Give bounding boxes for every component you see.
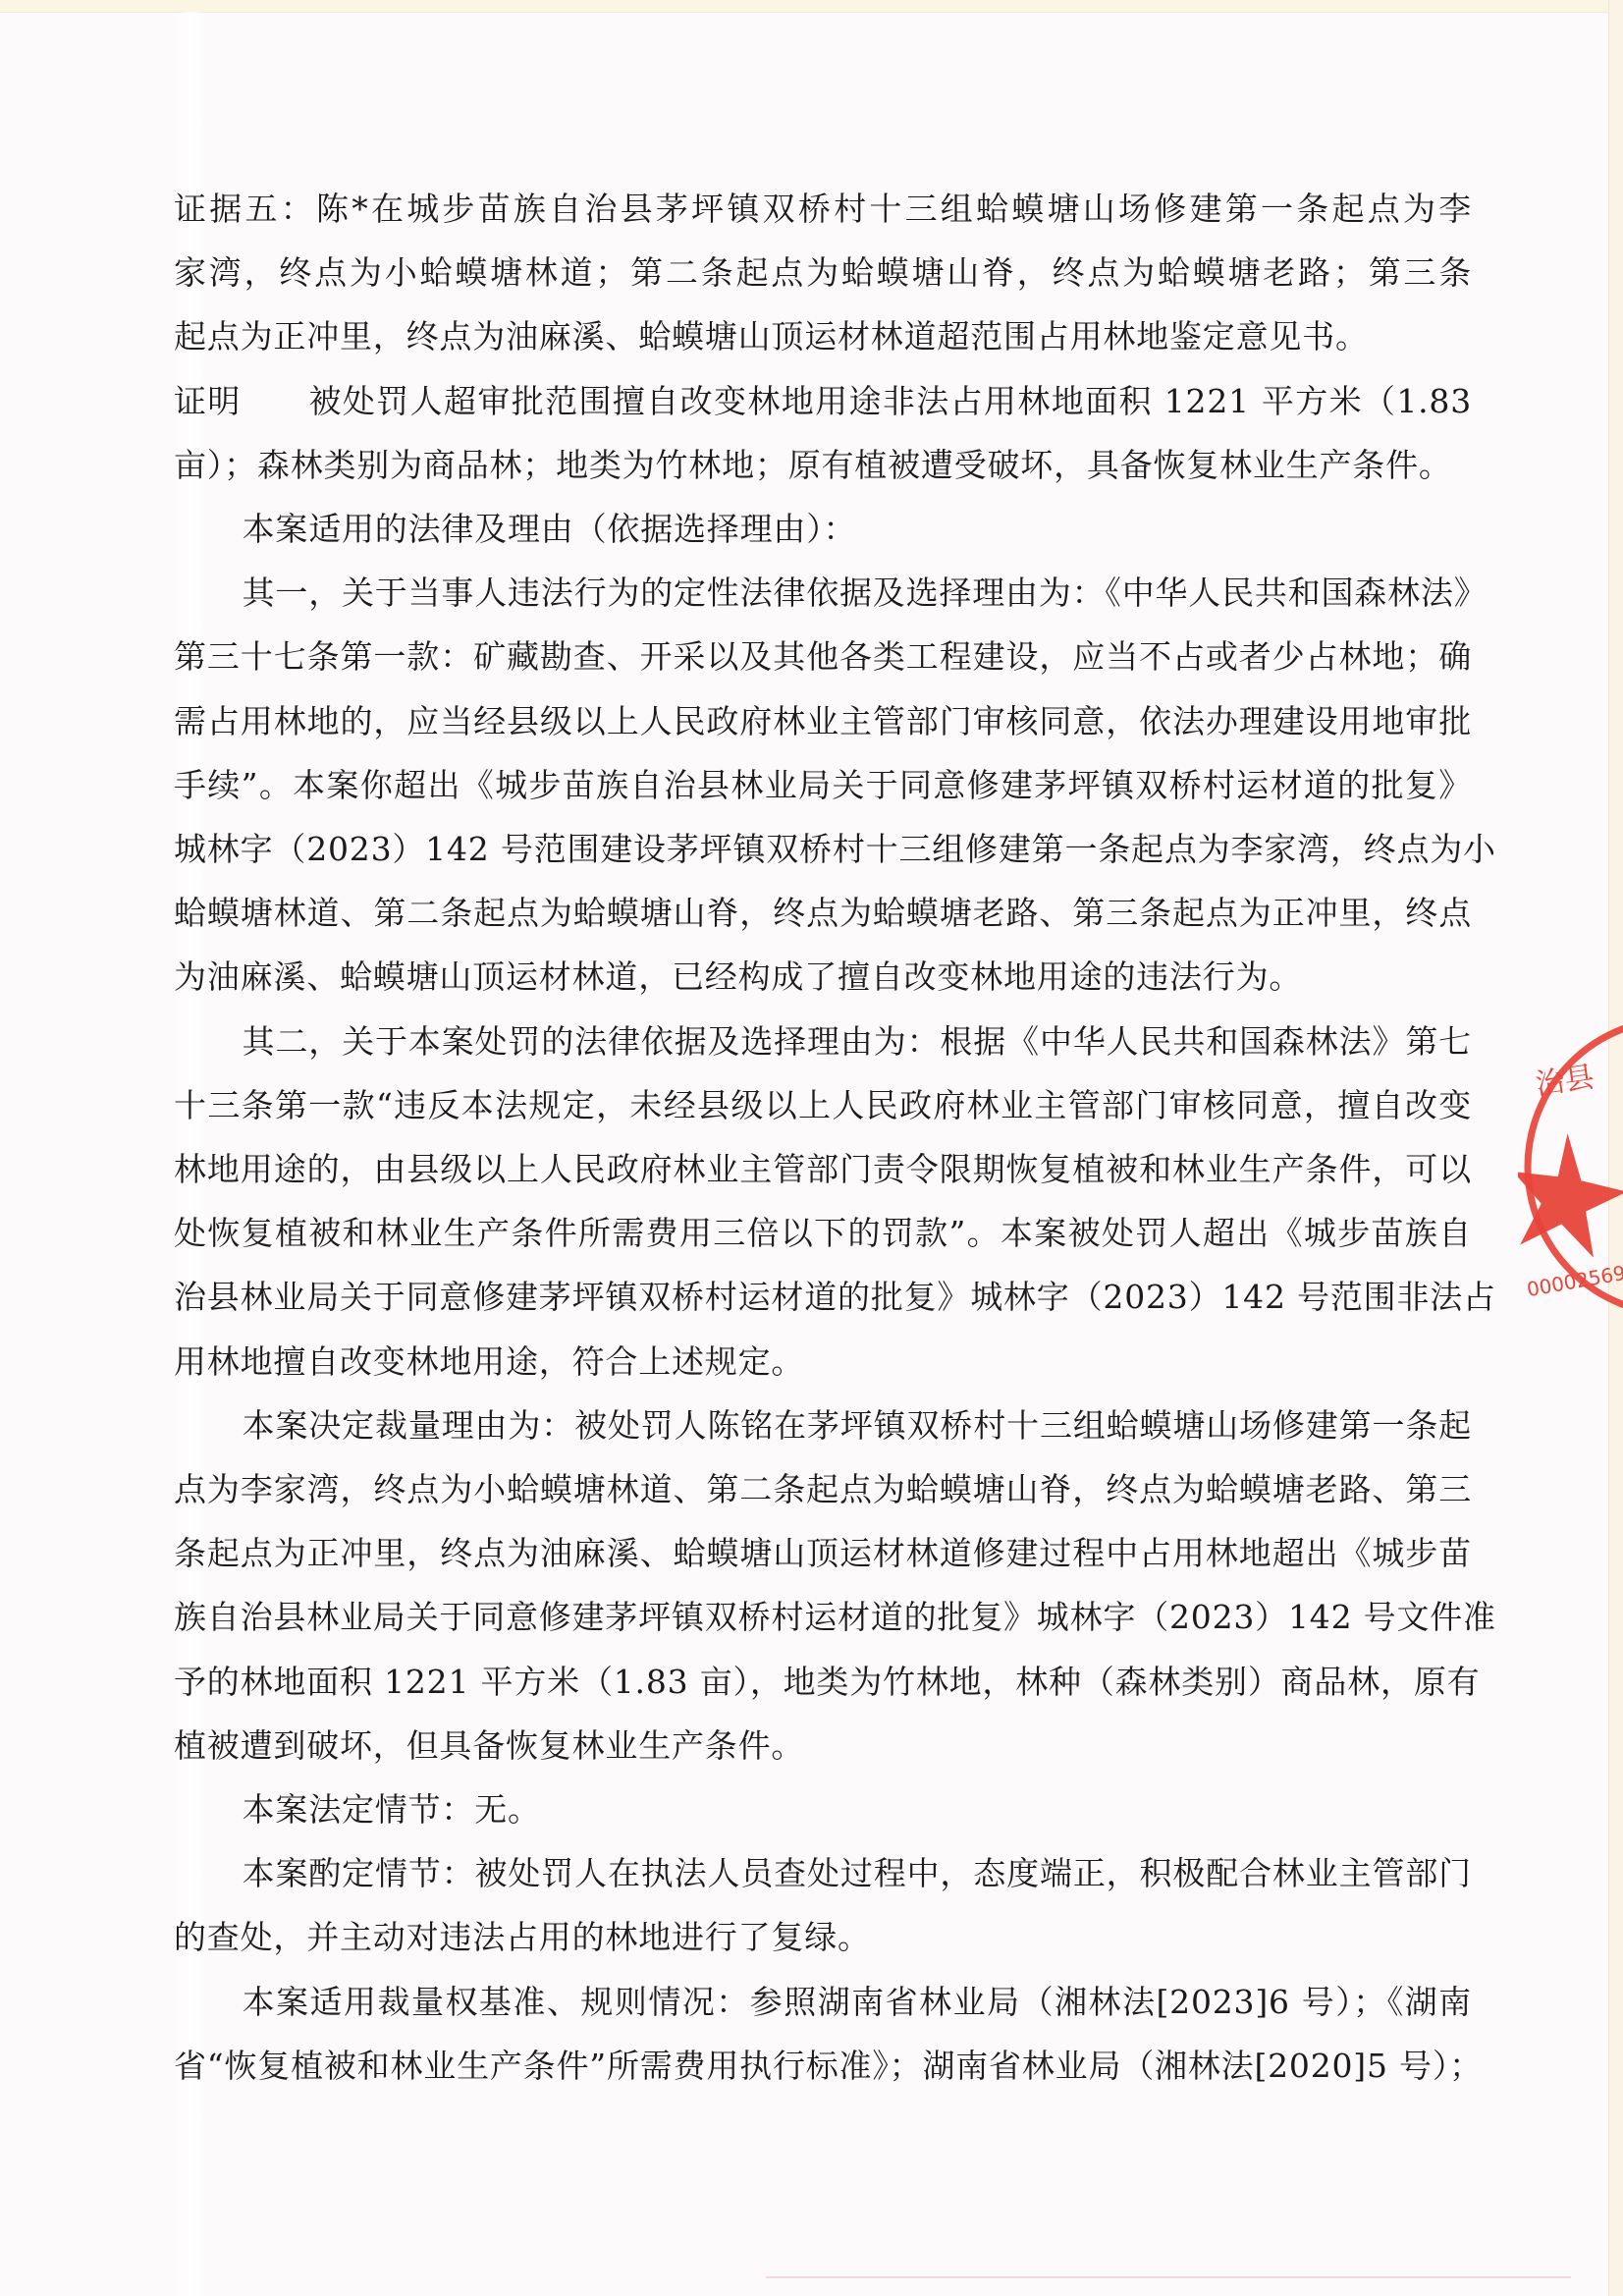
document-line: 家湾，终点为小蛤蟆塘林道；第二条起点为蛤蟆塘山脊，终点为蛤蟆塘老路；第三条 [174, 253, 1472, 293]
document-line: 需占用林地的，应当经县级以上人民政府林业主管部门审核同意，依法办理建设用地审批 [174, 702, 1472, 741]
document-line: 其一，关于当事人违法行为的定性法律依据及选择理由为：《中华人民共和国森林法》 [243, 574, 1472, 613]
document-line: 点为李家湾，终点为小蛤蟆塘林道、第二条起点为蛤蟆塘山脊，终点为蛤蟆塘老路、第三 [174, 1470, 1472, 1509]
document-line: 族自治县林业局关于同意修建茅坪镇双桥村运材道的批复》城林字（2023）142 号… [174, 1598, 1472, 1637]
stamp-star-icon [1518, 1125, 1623, 1262]
document-line: 植被遭到破坏，但具备恢复林业生产条件。 [174, 1726, 804, 1766]
paper-right-edge [1608, 0, 1623, 2296]
document-line: 本案酌定情节：被处罚人在执法人员查处过程中，态度端正，积极配合林业主管部门 [243, 1854, 1472, 1893]
document-line: 起点为正冲里，终点为油麻溪、蛤蟆塘山顶运材林道超范围占用林地鉴定意见书。 [174, 317, 1369, 356]
document-line: 本案法定情节：无。 [243, 1790, 541, 1830]
document-line: 十三条第一款“违反本法规定，未经县级以上人民政府林业主管部门审核同意，擅自改变 [174, 1086, 1472, 1125]
document-line: 条起点为正冲里，终点为油麻溪、蛤蟆塘山顶运材林道修建过程中占用林地超出《城步苗 [174, 1534, 1472, 1573]
document-line: 治县林业局关于同意修建茅坪镇双桥村运材道的批复》城林字（2023）142 号范围… [174, 1278, 1472, 1317]
document-line: 处恢复植被和林业生产条件所需费用三倍以下的罚款”。本案被处罚人超出《城步苗族自 [174, 1214, 1472, 1253]
document-line: 省“恢复植被和林业生产条件”所需费用执行标准》；湖南省林业局（湘林法[2020]… [174, 2047, 1472, 2086]
document-line: 证据五：陈*在城步苗族自治县茅坪镇双桥村十三组蛤蟆塘山场修建第一条起点为李 [174, 190, 1472, 229]
document-line: 为油麻溪、蛤蟆塘山顶运材林道，已经构成了擅自改变林地用途的违法行为。 [174, 957, 1302, 997]
paper-top-edge [0, 0, 1623, 13]
document-line: 本案适用的法律及理由（依据选择理由）： [243, 510, 857, 549]
document-line: 蛤蟆塘林道、第二条起点为蛤蟆塘山脊，终点为蛤蟆塘老路、第三条起点为正冲里，终点 [174, 894, 1472, 933]
stamp-text: 治县 [1533, 1061, 1596, 1103]
document-line: 林地用途的，由县级以上人民政府林业主管部门责令限期恢复植被和林业生产条件，可以 [174, 1150, 1472, 1189]
document-line: 第三十七条第一款：矿藏勘查、开采以及其他各类工程建设，应当不占或者少占林地；确 [174, 637, 1472, 677]
document-line: 其二，关于本案处罚的法律依据及选择理由为：根据《中华人民共和国森林法》第七 [243, 1022, 1472, 1062]
document-line: 本案决定裁量理由为：被处罚人陈铭在茅坪镇双桥村十三组蛤蟆塘山场修建第一条起 [243, 1406, 1472, 1446]
document-line: 本案适用裁量权基准、规则情况：参照湖南省林业局（湘林法[2023]6 号）；《湖… [243, 1983, 1472, 2022]
document-line: 予的林地面积 1221 平方米（1.83 亩），地类为竹林地，林种（森林类别）商… [174, 1663, 1472, 1702]
official-seal-stamp: 治县 00002569 [1518, 1007, 1623, 1331]
document-line: 城林字（2023）142 号范围建设茅坪镇双桥村十三组修建第一条起点为李家湾，终… [174, 830, 1472, 869]
faint-bottom-rule [766, 2276, 1571, 2278]
document-line: 手续”。本案你超出《城步苗族自治县林业局关于同意修建茅坪镇双桥村运材道的批复》 [174, 766, 1472, 805]
document-line: 亩）；森林类别为商品林；地类为竹林地；原有植被遭受破坏，具备恢复林业生产条件。 [174, 446, 1452, 485]
document-line: 证明 被处罚人超审批范围擅自改变林地用途非法占用林地面积 1221 平方米（1.… [174, 382, 1472, 421]
document-line: 的查处，并主动对违法占用的林地进行了复绿。 [174, 1918, 871, 1957]
document-line: 用林地擅自改变林地用途，符合上述规定。 [174, 1342, 804, 1382]
